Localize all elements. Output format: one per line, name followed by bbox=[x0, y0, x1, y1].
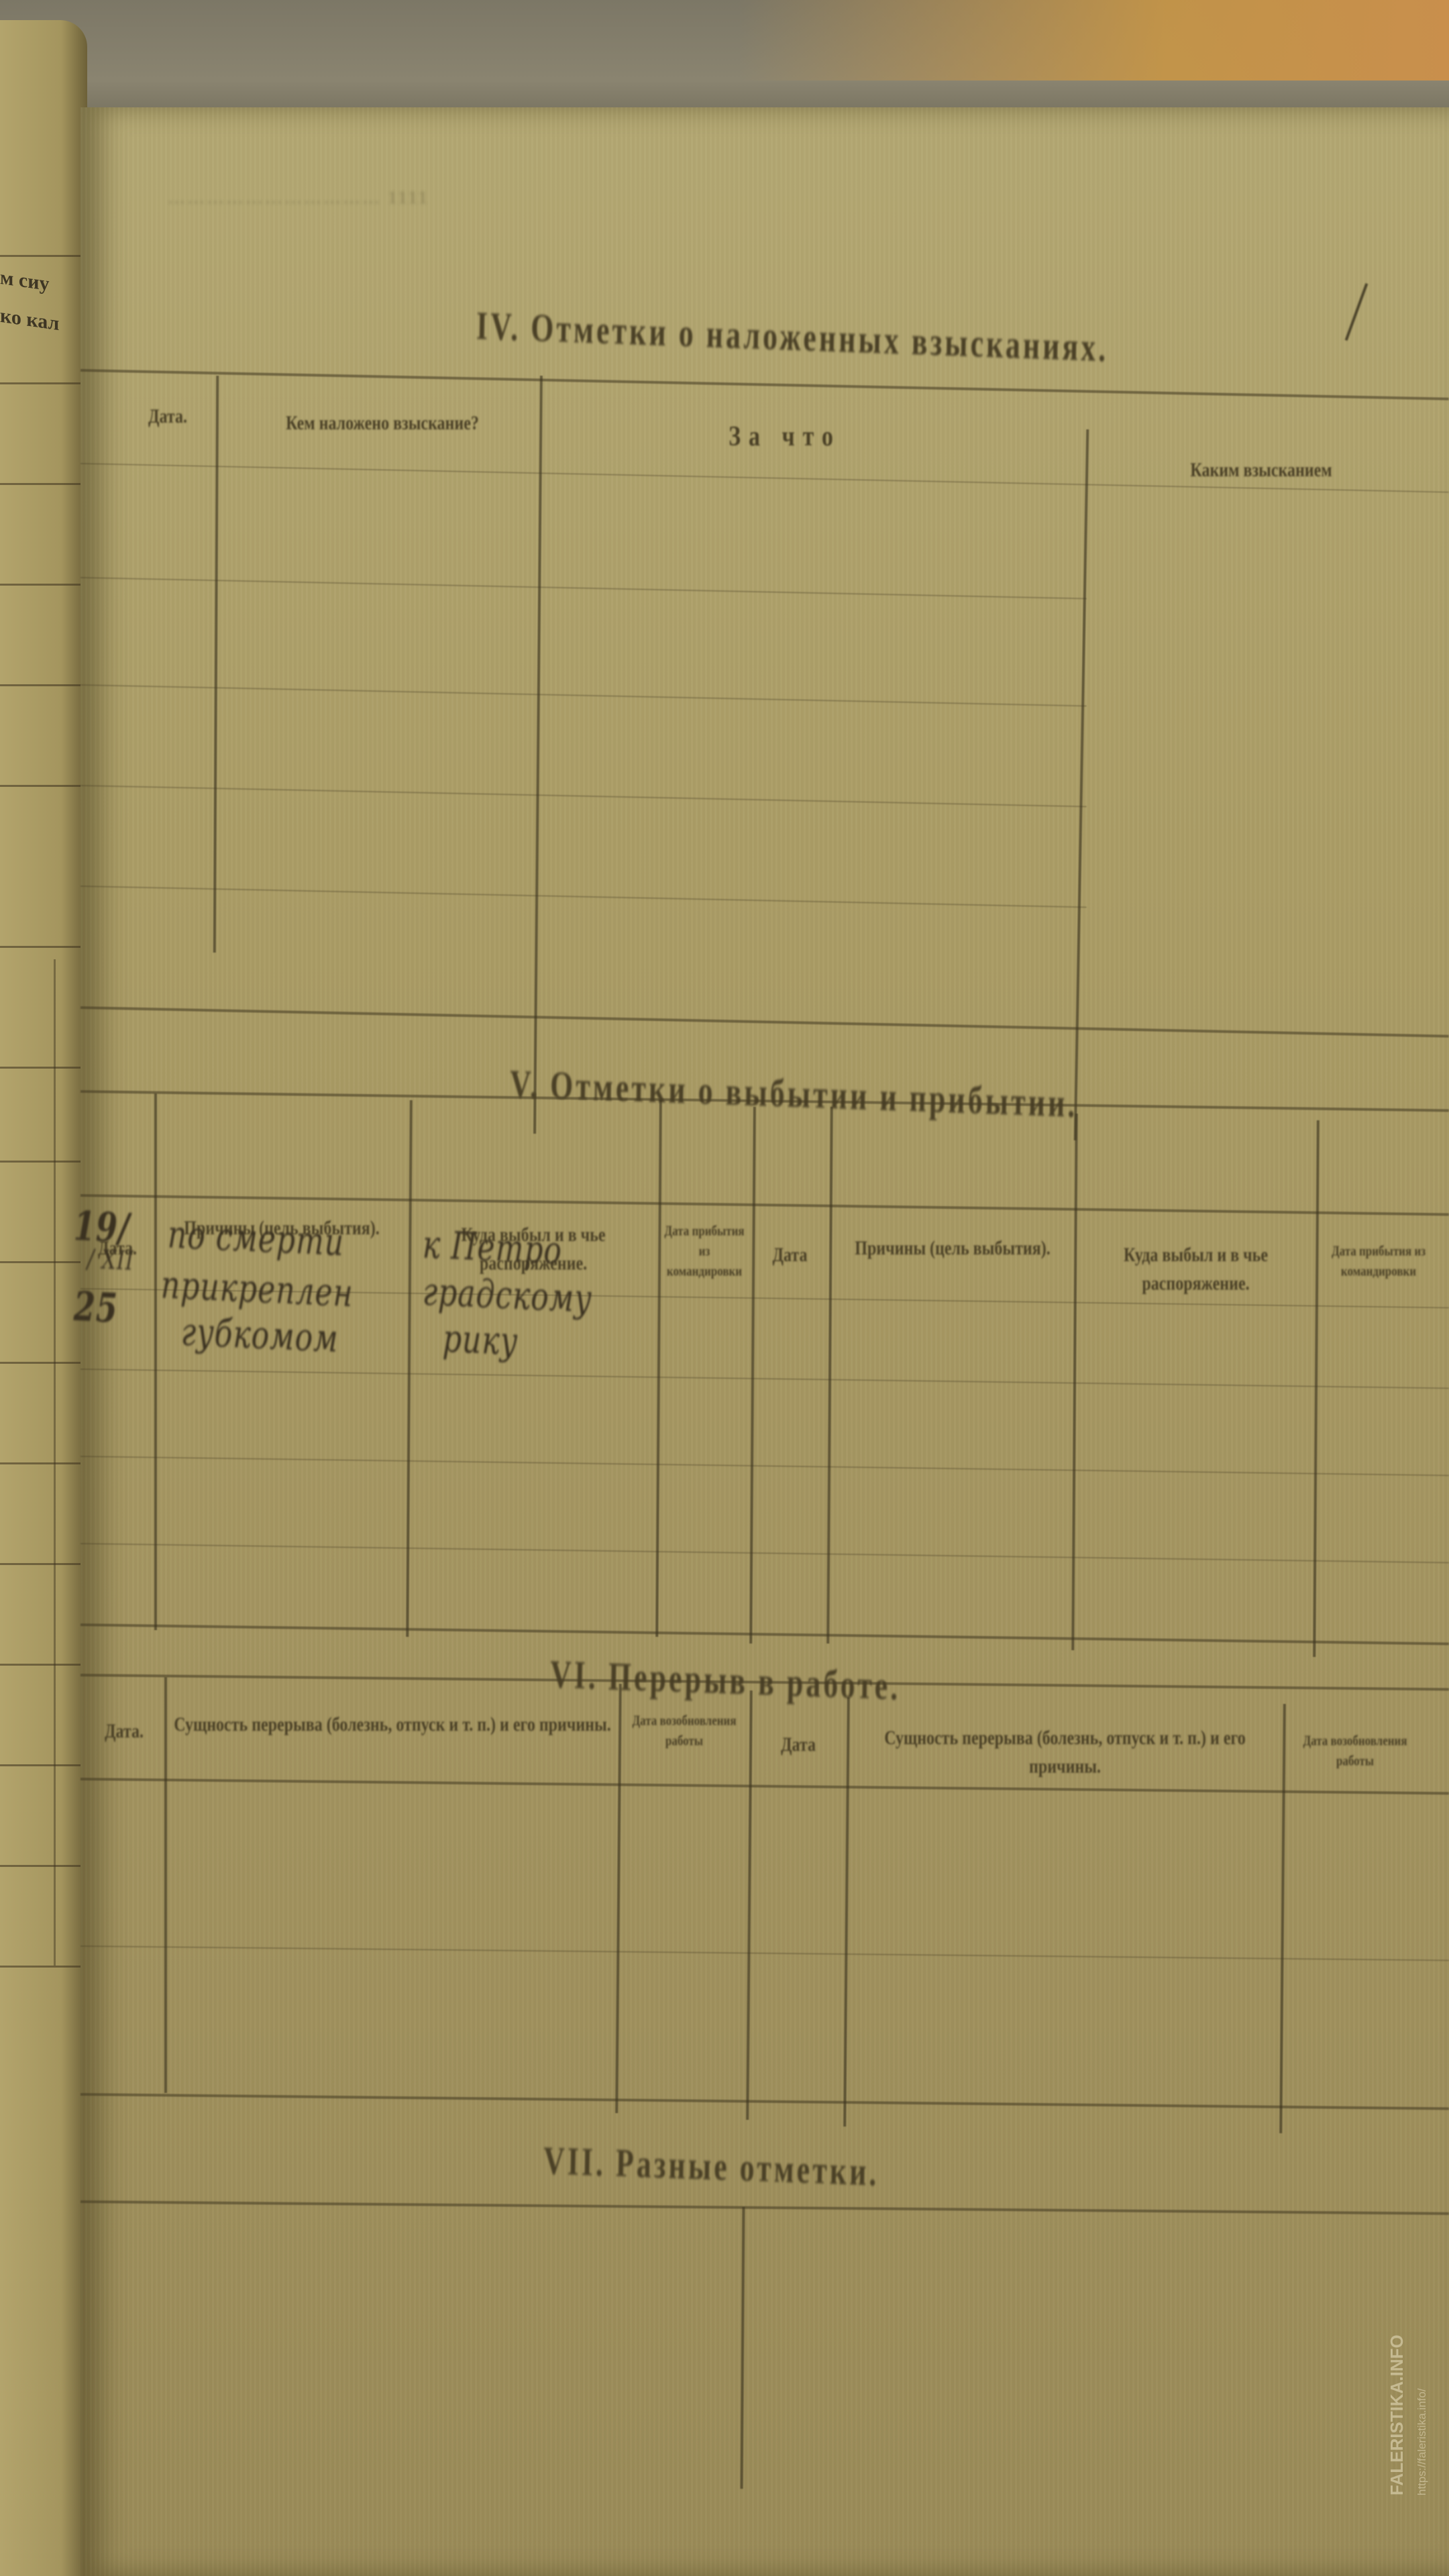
left-page-rule bbox=[0, 946, 80, 948]
entry-date-year: 25 bbox=[73, 1283, 119, 1332]
left-page-rule bbox=[0, 1261, 80, 1263]
left-page-rule bbox=[0, 1966, 80, 1968]
left-page-column-rule bbox=[54, 959, 56, 1966]
col-header-date: Дата. bbox=[121, 402, 215, 431]
left-page-rule bbox=[0, 382, 80, 384]
left-page-rule bbox=[0, 584, 80, 586]
background-object bbox=[738, 0, 1449, 80]
entry-reason-line3: губкомом bbox=[180, 1309, 339, 1361]
document-page: …………………………… 1111 IV. Отметки о наложенны… bbox=[80, 107, 1449, 2576]
left-page-text-1: м сиу bbox=[0, 266, 50, 296]
entry-reason-line2: прикреплен bbox=[160, 1263, 354, 1316]
left-page-rule bbox=[0, 1067, 80, 1069]
left-page-rule bbox=[0, 255, 80, 257]
col-header-arrival-date-2: Дата прибытия из командировки bbox=[1318, 1241, 1439, 1281]
col-header-resume-date-2: Дата возобновления работы bbox=[1288, 1731, 1422, 1771]
entry-destination-line3: рику bbox=[442, 1316, 519, 1364]
left-page-text-2: ко кал bbox=[0, 305, 59, 335]
entry-destination-line1: к Петро bbox=[422, 1222, 563, 1273]
col-header-date: Дата. bbox=[87, 1717, 161, 1746]
faint-header: …………………………… 1111 bbox=[168, 188, 429, 208]
entry-date-month: / XII bbox=[87, 1244, 134, 1277]
column-divider bbox=[154, 1093, 157, 1630]
left-page-rule bbox=[0, 1664, 80, 1666]
entry-reason-line1: по смерти bbox=[167, 1212, 345, 1265]
col-header-destination-2: Куда выбыл и в чье распоряжение. bbox=[1080, 1241, 1311, 1298]
col-header-imposed-by: Кем наложено взыскание? bbox=[241, 409, 523, 438]
col-header-arrival-date: Дата прибытия из командировки bbox=[661, 1221, 748, 1281]
left-page-rule bbox=[0, 1764, 80, 1766]
col-header-date-2: Дата bbox=[755, 1241, 825, 1270]
left-page-rule bbox=[0, 1362, 80, 1364]
watermark-url: https://faleristika.info/ bbox=[1415, 2388, 1429, 2495]
watermark-brand: FALERISTIKA.INFO bbox=[1387, 2334, 1407, 2495]
col-header-break-nature: Сущность перерыва (болезнь, отпуск и т. … bbox=[171, 1711, 614, 1739]
left-page-rule bbox=[0, 684, 80, 686]
col-header-break-nature-2: Сущность перерыва (болезнь, отпуск и т. … bbox=[852, 1724, 1278, 1781]
col-header-resume-date: Дата возобновления работы bbox=[624, 1711, 745, 1751]
left-page-rule bbox=[0, 785, 80, 787]
left-page-rule bbox=[0, 1161, 80, 1163]
col-header-reason: За что bbox=[684, 423, 885, 451]
col-header-date-2: Дата bbox=[755, 1731, 842, 1760]
left-page-rule bbox=[0, 1563, 80, 1565]
col-header-departure-reason-2: Причины (цель выбытия). bbox=[835, 1234, 1070, 1263]
left-page-rule bbox=[0, 1865, 80, 1867]
watermark: FALERISTIKA.INFO https://faleristika.inf… bbox=[1381, 2334, 1441, 2495]
left-page-rule bbox=[0, 1462, 80, 1464]
column-divider bbox=[164, 1677, 167, 2093]
entry-destination-line2: градскому bbox=[422, 1269, 593, 1322]
left-page-rule bbox=[0, 483, 80, 485]
col-header-penalty: Каким взысканием bbox=[1100, 456, 1422, 485]
